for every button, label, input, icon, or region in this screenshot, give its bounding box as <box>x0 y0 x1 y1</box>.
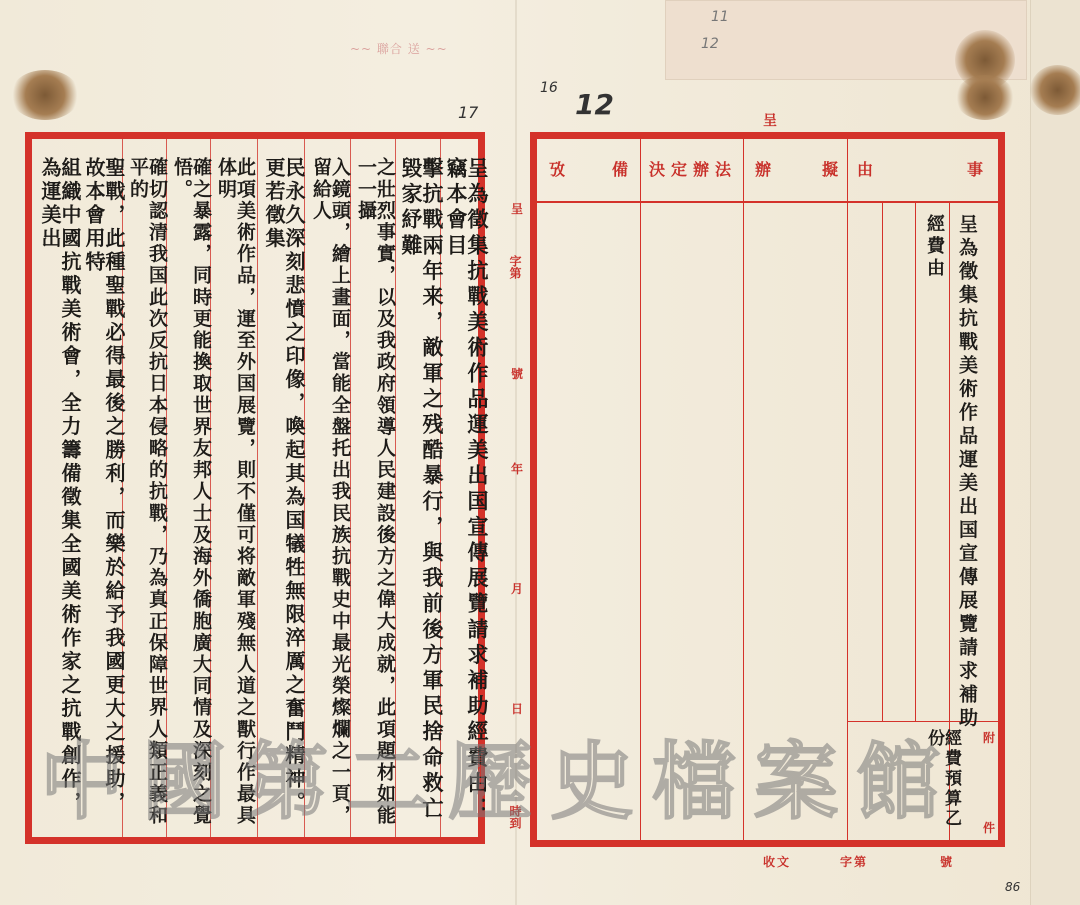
header-beikao-a: 攷 <box>549 157 565 180</box>
header-divider <box>743 139 744 201</box>
adjacent-page-edge <box>1030 0 1080 905</box>
archive-watermark: 中國第二歷史檔案館 <box>40 715 958 836</box>
subject-text-continued: 經費由 <box>925 214 943 280</box>
page-number-large: 12 <box>575 88 614 121</box>
margin-label-year: 年 <box>511 460 523 477</box>
header-jueding: 決定辦法 <box>649 157 737 180</box>
footer-received: 收文 <box>763 853 791 870</box>
margin-label-month: 月 <box>511 580 523 597</box>
form-header-row: 攷 備 決定辦法 辦 擬 由 事 <box>537 139 998 203</box>
footer-no-label: 字第 <box>840 853 868 870</box>
header-divider <box>640 139 641 201</box>
patch-number-b: 12 <box>701 36 719 52</box>
page-number-small: 16 <box>540 80 558 96</box>
header-shiyou-a: 事 <box>967 157 983 180</box>
header-jueding-text: 決定辦法 <box>649 160 737 179</box>
header-beikao-b: 備 <box>612 157 628 180</box>
page-number-bottom: 86 <box>1005 880 1020 894</box>
column-rule <box>915 201 916 721</box>
header-divider <box>847 139 848 201</box>
header-nibian-b: 擬 <box>822 157 838 180</box>
top-mark-cheng: 呈 <box>763 110 777 130</box>
binding-stain-left <box>10 70 80 120</box>
margin-label-hao: 號 <box>511 365 523 382</box>
patch-number-a: 11 <box>711 9 729 25</box>
binding-stain-right-bottom <box>955 75 1015 120</box>
footer-hao: 號 <box>940 853 952 870</box>
faint-red-stamp: ~~ 聯合 送 ~~ <box>350 40 448 57</box>
attachment-label-a: 附 <box>983 729 995 746</box>
page-number-left: 17 <box>458 103 478 122</box>
column-rule <box>882 201 883 721</box>
subject-text: 呈為徵集抗戰美術作品運美出国宣傳展覽請求補助 <box>957 214 976 731</box>
margin-label-cheng: 呈 <box>511 200 523 217</box>
margin-label-zidi: 字第 <box>507 255 524 279</box>
header-nibian-a: 辦 <box>755 157 771 180</box>
attachment-label-b: 件 <box>983 819 995 836</box>
header-shiyou-b: 由 <box>857 157 873 180</box>
binding-stain-edge <box>1030 65 1080 115</box>
